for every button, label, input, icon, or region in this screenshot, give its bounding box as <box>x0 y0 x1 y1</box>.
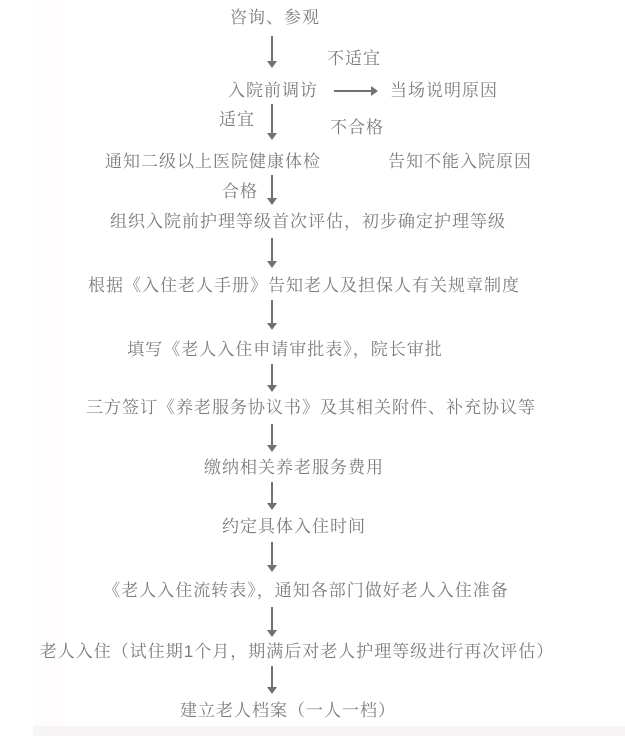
arrow-down-icon <box>271 542 273 565</box>
arrow-right-icon <box>334 90 371 92</box>
flow-step-schedule: 约定具体入住时间 <box>222 516 366 538</box>
flow-step-agreement: 三方签订《养老服务协议书》及其相关附件、补充协议等 <box>86 397 536 419</box>
arrow-down-icon <box>271 424 273 445</box>
arrow-down-icon <box>271 666 273 687</box>
flow-step-handbook: 根据《入住老人手册》告知老人及担保人有关规章制度 <box>88 275 520 297</box>
branch-label-qualified: 合格 <box>222 181 258 203</box>
flow-step-payment: 缴纳相关养老服务费用 <box>204 457 384 479</box>
arrow-down-icon <box>271 482 273 503</box>
flow-step-explain-reason: 当场说明原因 <box>390 80 498 102</box>
branch-label-suitable: 适宜 <box>219 109 255 131</box>
arrow-down-icon <box>271 607 273 630</box>
branch-label-unsuitable: 不适宜 <box>327 48 381 70</box>
arrow-down-icon <box>271 238 273 261</box>
flow-step-consult: 咨询、参观 <box>230 7 320 29</box>
arrow-down-icon <box>271 104 273 133</box>
arrow-down-icon <box>271 175 273 198</box>
flow-step-transfer-form: 《老人入住流转表》，通知各部门做好老人入住准备 <box>103 580 509 602</box>
branch-label-unqualified: 不合格 <box>330 117 384 139</box>
flow-step-health-check: 通知二级以上医院健康体检 <box>105 151 321 173</box>
flow-step-archive: 建立老人档案（一人一档） <box>180 700 396 722</box>
flow-step-first-assess: 组织入院前护理等级首次评估，初步确定护理等级 <box>110 211 506 233</box>
arrow-down-icon <box>271 364 273 385</box>
flow-step-move-in: 老人入住（试住期1个月，期满后对老人护理等级进行再次评估） <box>40 641 554 663</box>
flow-step-inform-reason: 告知不能入院原因 <box>388 151 532 173</box>
arrow-down-icon <box>271 36 273 61</box>
page-edge-left <box>33 0 63 736</box>
admission-flowchart: 咨询、参观 入院前调访 当场说明原因 通知二级以上医院健康体检 告知不能入院原因… <box>0 0 625 736</box>
flow-step-pre-visit: 入院前调访 <box>228 80 318 102</box>
flow-step-application: 填写《老人入住申请审批表》，院长审批 <box>127 339 443 361</box>
arrow-down-icon <box>271 300 273 323</box>
page-edge-bottom <box>33 726 625 736</box>
